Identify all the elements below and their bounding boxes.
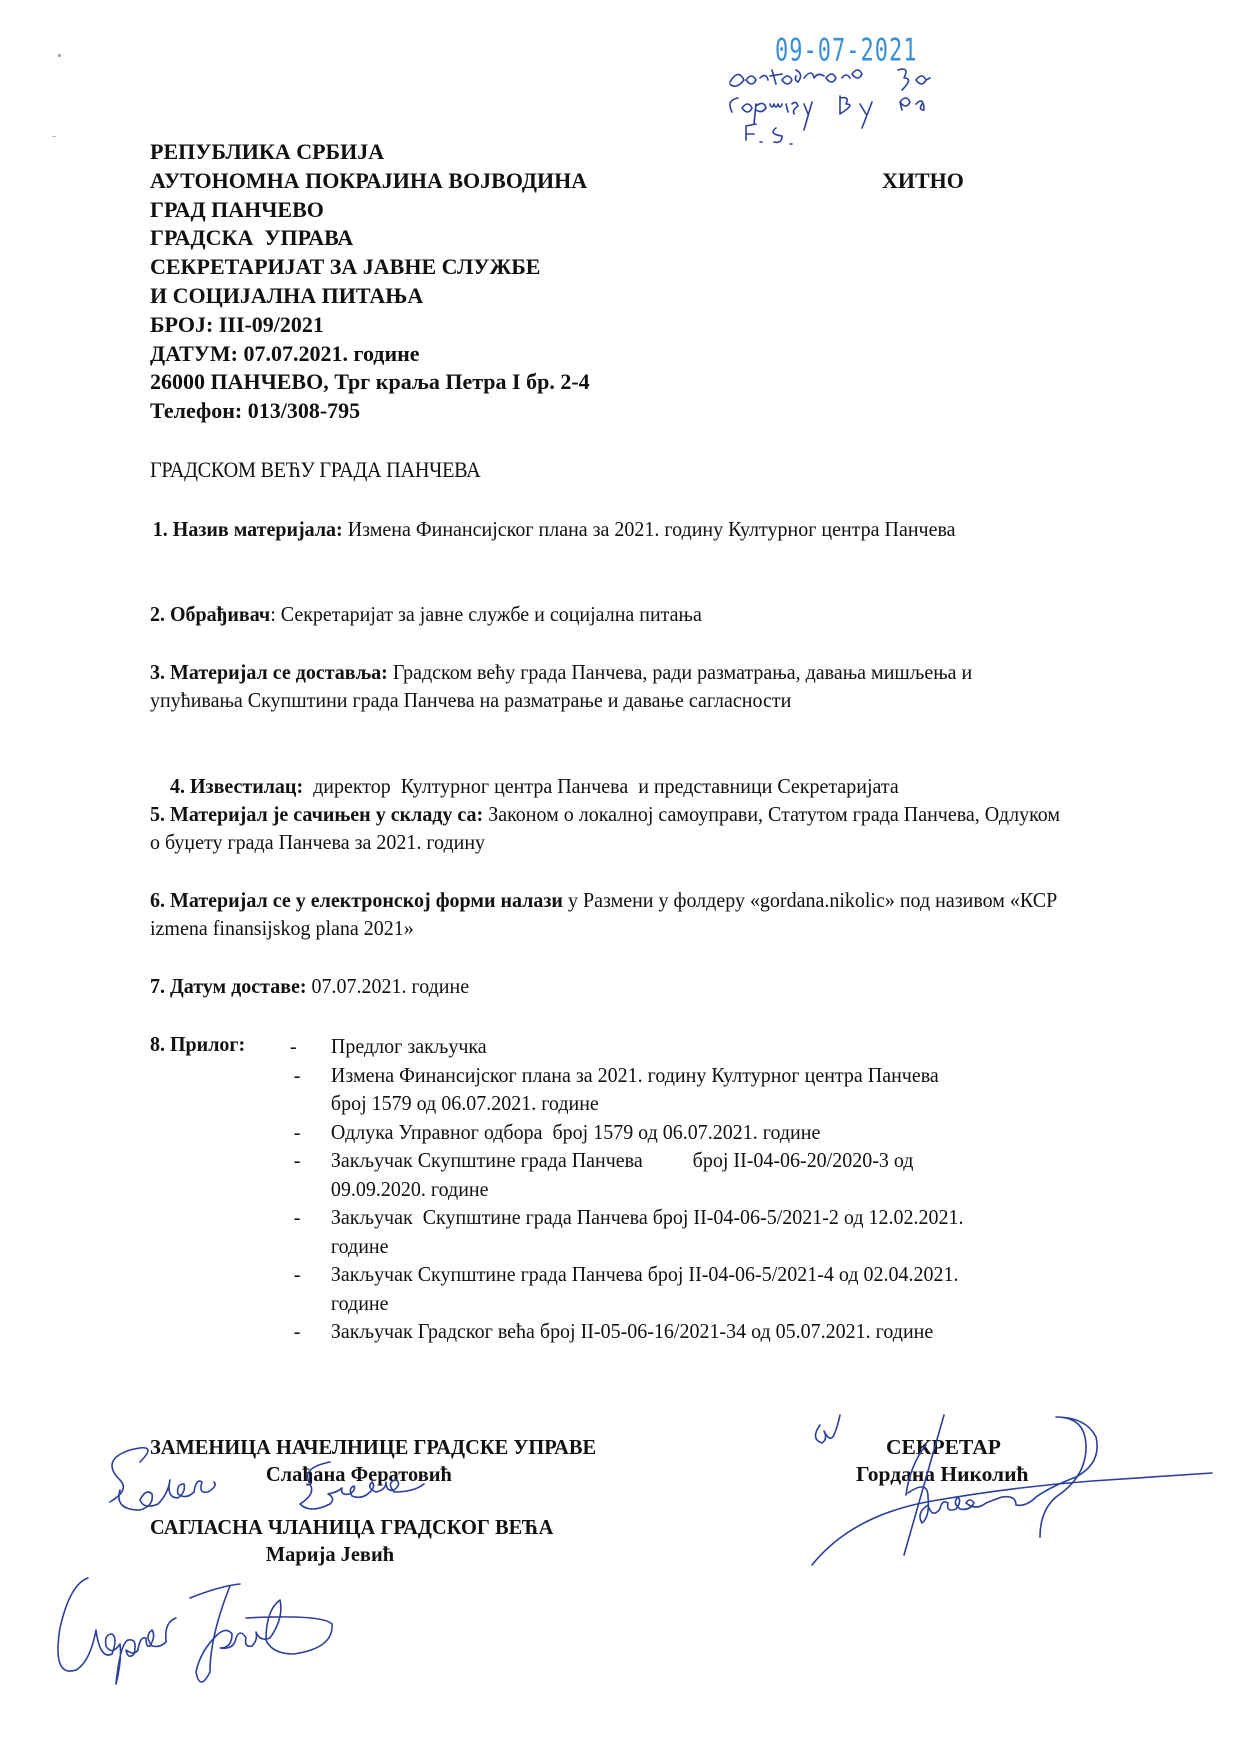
dash-bullet-icon: -: [290, 1032, 297, 1061]
attachment-item: -Измена Финансијског плана за 2021. годи…: [290, 1061, 982, 1118]
document-page: 09-07-2021 Достављено за седницу ГВ у 9ч…: [0, 0, 1240, 1752]
section-6: 6. Материјал се у електронској форми нал…: [150, 886, 1061, 942]
signature-nikolic-icon: [800, 1405, 1220, 1575]
address: 26000 ПАНЧЕВО, Трг краља Петра I бр. 2-4: [150, 368, 590, 397]
section-label: 6. Материјал се у електронској форми нал…: [150, 888, 563, 912]
letterhead-line: ГРАДСКА УПРАВА: [150, 224, 590, 253]
section-label: 1. Назив материјала:: [153, 517, 343, 541]
scan-speck: [58, 54, 61, 57]
section-label: 7. Датум доставе:: [150, 974, 307, 998]
section-label: 4. Известилац:: [170, 774, 303, 798]
dash-bullet-icon: -: [294, 1317, 301, 1346]
attachment-item: -Одлука Управног одбора број 1579 од 06.…: [290, 1118, 982, 1147]
dash-bullet-icon: -: [294, 1146, 301, 1175]
section-label: 2. Обрађивач: [150, 602, 270, 626]
attachment-item: -Закључак Градског већа број II-05-06-16…: [290, 1317, 982, 1346]
letterhead-line: И СОЦИЈАЛНА ПИТАЊА: [150, 282, 590, 311]
attachment-item: -Закључак Скупштине града Панчева број I…: [290, 1146, 982, 1203]
handwritten-note: Достављено за седницу ГВ у 9ч F.S.: [720, 60, 1040, 155]
section-label: 5. Материјал је сачињен у складу са:: [150, 802, 483, 826]
section-text: 07.07.2021. године: [307, 974, 470, 998]
letterhead-line: РЕПУБЛИКА СРБИЈА: [150, 138, 590, 167]
letterhead-line: ГРАД ПАНЧЕВО: [150, 196, 590, 225]
signature-jevic-icon: [40, 1570, 420, 1700]
scan-speck: [52, 136, 56, 137]
dash-bullet-icon: -: [294, 1118, 301, 1147]
section-text: директор Културног центра Панчева и пред…: [303, 774, 899, 798]
signature-feratovic-icon: [100, 1440, 560, 1530]
section-7: 7. Датум доставе: 07.07.2021. године: [150, 972, 1061, 1000]
dash-bullet-icon: -: [294, 1203, 301, 1232]
document-date: ДАТУМ: 07.07.2021. године: [150, 340, 590, 369]
document-number: БРОЈ: III-09/2021: [150, 311, 590, 340]
dash-bullet-icon: -: [294, 1260, 301, 1289]
phone: Телефон: 013/308-795: [150, 397, 590, 426]
section-5: 5. Материјал је сачињен у складу са: Зак…: [150, 800, 1061, 856]
section-1: 1. Назив материјала: Измена Финансијског…: [150, 515, 1064, 543]
section-label: 3. Материјал се доставља:: [150, 660, 388, 684]
letterhead-line: АУТОНОМНА ПОКРАЈИНА ВОЈВОДИНА: [150, 167, 590, 196]
recipient: ГРАДСКОМ ВЕЋУ ГРАДА ПАНЧЕВА: [150, 457, 480, 483]
attachments-list: -Предлог закључка -Измена Финансијског п…: [290, 1032, 982, 1346]
attachment-item: -Закључак Скупштине града Панчева број I…: [290, 1260, 982, 1317]
urgency-label: ХИТНО: [882, 168, 964, 194]
section-2: 2. Обрађивач: Секретаријат за јавне служ…: [150, 600, 1061, 628]
section-text: Измена Финансијског плана за 2021. годин…: [343, 517, 956, 541]
section-3: 3. Материјал се доставља: Градском већу …: [150, 658, 1061, 714]
attachment-item: -Закључак Скупштине града Панчева број I…: [290, 1203, 982, 1260]
attachment-item: -Предлог закључка: [290, 1032, 982, 1061]
dash-bullet-icon: -: [294, 1061, 301, 1090]
letterhead-line: СЕКРЕТАРИЈАТ ЗА ЈАВНЕ СЛУЖБЕ: [150, 253, 590, 282]
signatory-name: Марија Јевић: [150, 1541, 596, 1568]
section-text: : Секретаријат за јавне службе и социјал…: [270, 602, 702, 626]
letterhead: РЕПУБЛИКА СРБИЈА АУТОНОМНА ПОКРАЈИНА ВОЈ…: [150, 138, 590, 426]
attachments-label: 8. Прилог:: [150, 1032, 245, 1057]
